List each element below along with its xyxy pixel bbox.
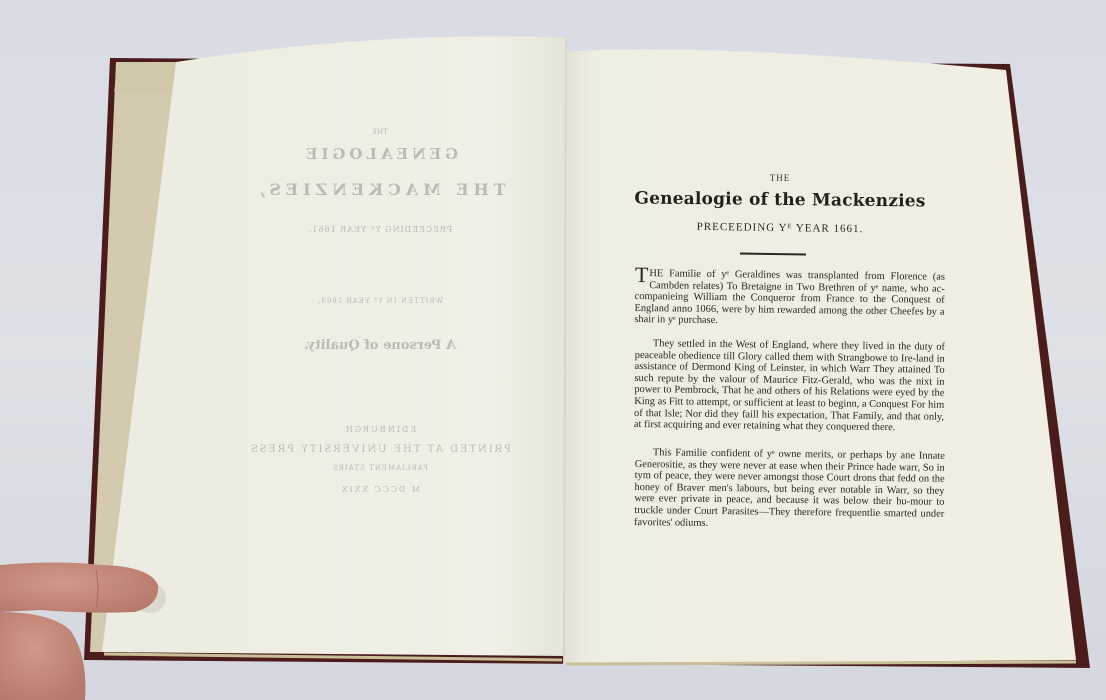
ghost-text-persone: A Persone of Quality. [230, 338, 530, 353]
ghost-text-date: M DCCC XXIX [230, 485, 530, 494]
ghost-text-printed: PRINTED AT THE UNIVERSITY PRESS [230, 444, 530, 455]
ghost-text-genealogie: GENEALOGIE [230, 145, 530, 163]
drop-cap: T [635, 267, 649, 283]
ghost-text-parliament: PARLIAMENT STAIRS [230, 464, 530, 472]
title-rule [740, 253, 806, 256]
paragraph-2: They settled in the West of England, whe… [634, 338, 945, 435]
right-page: THE Genealogie of the Mackenzies PRECEED… [600, 0, 960, 700]
ghost-text-written: WRITTEN IN Yᴱ YEAR 1669, [230, 297, 530, 305]
ghost-text-preceeding: PRECEEDING Yᴱ YEAR 1661. [230, 225, 530, 234]
paragraph-1-text: HE Familie of yᵉ Geraldines was transpla… [634, 268, 945, 326]
ghost-text-the: THE [230, 128, 530, 136]
paragraph-3: This Familie confident of yᵉ owne merits… [634, 447, 945, 532]
header-the: THE [600, 173, 960, 183]
page-subtitle: PRECEEDING Yᴱ YEAR 1661. [600, 219, 960, 236]
page-title: Genealogie of the Mackenzies [600, 188, 960, 212]
paragraph-1: THE Familie of yᵉ Geraldines was transpl… [634, 268, 945, 330]
ghost-text-mackenzies: THE MACKENZIES, [230, 180, 530, 199]
ghost-text-edinburgh: EDINBURGH [230, 425, 530, 434]
